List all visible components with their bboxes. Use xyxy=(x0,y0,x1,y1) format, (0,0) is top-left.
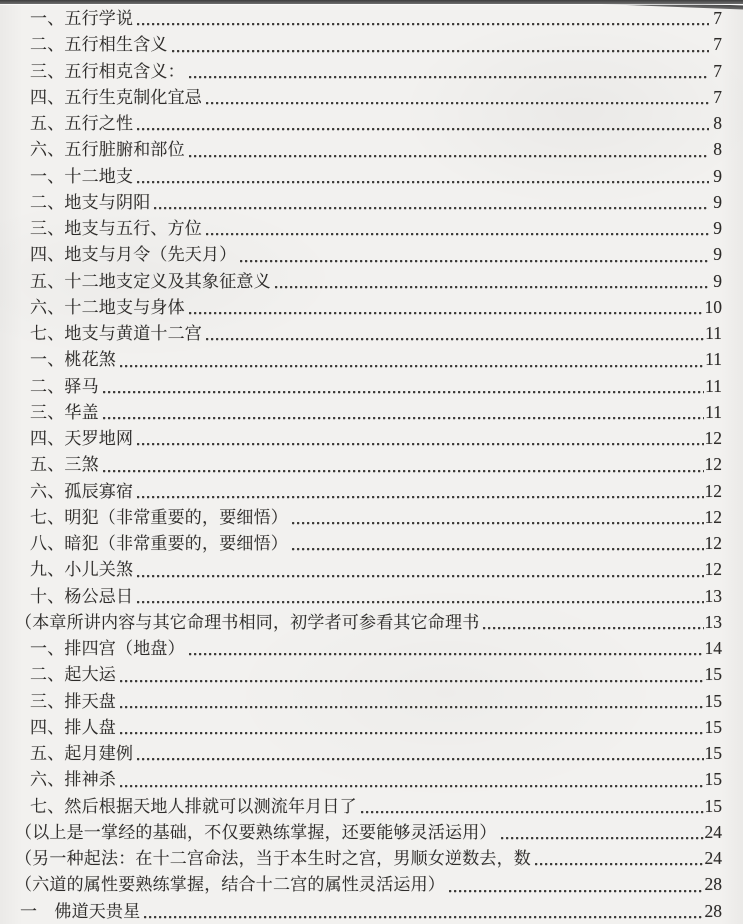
toc-entry-page: 11 xyxy=(705,320,722,346)
toc-dot-leader xyxy=(137,5,709,31)
toc-dot-leader xyxy=(103,399,704,425)
toc-entry-page: 12 xyxy=(705,530,723,556)
toc-entry-page: 7 xyxy=(710,84,722,110)
toc-entry: 四、天罗地网 12 xyxy=(30,425,722,451)
toc-entry: 五、十二地支定义及其象征意义 9 xyxy=(30,268,722,294)
toc-entry-title: 四、天罗地网 xyxy=(30,426,133,452)
toc-dot-leader xyxy=(483,609,703,635)
toc-entry-title: 三、地支与五行、方位 xyxy=(30,216,202,242)
toc-entry: 二、地支与阴阳 9 xyxy=(30,189,722,215)
toc-entry: 六、孤辰寡宿 12 xyxy=(30,478,722,504)
toc-entry-page: 10 xyxy=(705,294,723,320)
toc-entry-title: 五、五行之性 xyxy=(30,111,133,137)
toc-entry-title: 五、十二地支定义及其象征意义 xyxy=(30,269,271,295)
toc-entry-title: 十、杨公忌日 xyxy=(30,584,133,610)
toc-entry-title: 一 佛道天贵星 xyxy=(20,899,140,924)
toc-entry-title: 六、五行脏腑和部位 xyxy=(30,137,185,163)
toc-entry-title: 七、明犯（非常重要的，要细悟） xyxy=(30,505,288,531)
toc-entry: 七、明犯（非常重要的，要细悟） 12 xyxy=(30,504,722,530)
toc-entry: 一、排四宫（地盘） 14 xyxy=(30,635,722,661)
toc-list: 一、五行学说 7 二、五行相生含义 7 三、五行相克含义： 7 四、五行生克制化… xyxy=(0,5,743,924)
scan-top-edge xyxy=(0,0,743,4)
toc-dot-leader xyxy=(206,215,709,241)
toc-dot-leader xyxy=(103,451,704,477)
toc-entry: 八、暗犯（非常重要的，要细悟） 12 xyxy=(30,530,722,556)
toc-entry-page: 15 xyxy=(705,793,723,819)
toc-entry-title: 二、起大运 xyxy=(30,662,116,688)
toc-dot-leader xyxy=(189,58,709,84)
toc-entry-page: 15 xyxy=(705,740,723,766)
toc-entry-page: 24 xyxy=(705,819,723,845)
toc-entry: 二、驿马 11 xyxy=(30,373,722,399)
toc-dot-leader xyxy=(275,268,709,294)
toc-entry-page: 7 xyxy=(710,58,722,84)
toc-entry-page: 12 xyxy=(705,451,723,477)
toc-entry-title: 六、十二地支与身体 xyxy=(30,295,185,321)
toc-dot-leader xyxy=(154,189,709,215)
toc-entry: 五、五行之性 8 xyxy=(30,110,722,136)
toc-entry-page: 12 xyxy=(705,504,723,530)
toc-dot-leader xyxy=(189,294,704,320)
toc-entry: 一、十二地支 9 xyxy=(30,163,722,189)
toc-entry-page: 8 xyxy=(710,110,722,136)
toc-entry-page: 24 xyxy=(705,845,723,871)
toc-entry-page: 7 xyxy=(710,5,722,31)
toc-dot-leader xyxy=(172,31,709,57)
toc-dot-leader xyxy=(189,635,704,661)
toc-entry: 五、三煞 12 xyxy=(30,451,722,477)
toc-entry: 四、地支与月令（先天月） 9 xyxy=(30,241,722,267)
toc-dot-leader xyxy=(189,136,709,162)
toc-dot-leader xyxy=(120,661,704,687)
toc-dot-leader xyxy=(137,425,703,451)
toc-entry: 一、桃花煞 11 xyxy=(30,346,722,372)
toc-entry: （本章所讲内容与其它命理书相同，初学者可参看其它命理书 13 xyxy=(15,609,722,635)
toc-entry: 三、排天盘 15 xyxy=(30,688,722,714)
toc-entry-title: 三、排天盘 xyxy=(30,689,116,715)
toc-entry-page: 28 xyxy=(705,871,723,897)
toc-dot-leader xyxy=(137,110,709,136)
toc-entry: 六、五行脏腑和部位 8 xyxy=(30,136,722,162)
toc-entry-title: 二、五行相生含义 xyxy=(30,32,168,58)
toc-entry-page: 12 xyxy=(705,556,723,582)
toc-entry-title: 三、五行相克含义： xyxy=(30,59,185,85)
toc-entry-page: 9 xyxy=(710,241,722,267)
toc-dot-leader xyxy=(137,556,703,582)
toc-entry-page: 8 xyxy=(710,136,722,162)
toc-entry-title: 三、华盖 xyxy=(30,400,99,426)
toc-entry-page: 11 xyxy=(705,373,722,399)
scanned-toc-page: 一、五行学说 7 二、五行相生含义 7 三、五行相克含义： 7 四、五行生克制化… xyxy=(0,0,743,924)
toc-entry: 七、地支与黄道十二宫 11 xyxy=(30,320,722,346)
toc-dot-leader xyxy=(292,530,704,556)
toc-dot-leader xyxy=(361,793,704,819)
toc-dot-leader xyxy=(120,688,704,714)
toc-entry-title: 九、小儿关煞 xyxy=(30,557,133,583)
toc-entry: （以上是一掌经的基础，不仅要熟练掌握，还要能够灵活运用） 24 xyxy=(15,819,722,845)
toc-entry: （六道的属性要熟练掌握，结合十二宫的属性灵活运用） 28 xyxy=(15,871,722,897)
toc-entry-title: 四、地支与月令（先天月） xyxy=(30,242,236,268)
toc-entry: 十、杨公忌日 13 xyxy=(30,583,722,609)
toc-entry-title: 八、暗犯（非常重要的，要细悟） xyxy=(30,531,288,557)
toc-entry-page: 7 xyxy=(710,31,722,57)
toc-entry: 二、五行相生含义 7 xyxy=(30,31,722,57)
toc-dot-leader xyxy=(144,898,703,924)
toc-entry-page: 11 xyxy=(705,399,722,425)
toc-entry: 七、然后根据天地人排就可以测流年月日了 15 xyxy=(30,793,722,819)
toc-dot-leader xyxy=(240,241,709,267)
toc-entry-page: 13 xyxy=(705,583,723,609)
toc-dot-leader xyxy=(137,163,709,189)
toc-entry-title: 七、然后根据天地人排就可以测流年月日了 xyxy=(30,794,357,820)
toc-entry-title: 六、排神杀 xyxy=(30,767,116,793)
toc-entry-page: 9 xyxy=(710,215,722,241)
toc-entry: 一 佛道天贵星 28 xyxy=(20,898,722,924)
toc-entry-page: 13 xyxy=(705,609,723,635)
toc-dot-leader xyxy=(120,346,704,372)
toc-dot-leader xyxy=(535,845,704,871)
toc-dot-leader xyxy=(137,478,703,504)
toc-entry: 五、起月建例 15 xyxy=(30,740,722,766)
toc-entry-title: 六、孤辰寡宿 xyxy=(30,479,133,505)
toc-entry-title: 一、五行学说 xyxy=(30,6,133,32)
toc-entry: 一、五行学说 7 xyxy=(30,5,722,31)
toc-entry-page: 14 xyxy=(705,635,723,661)
toc-entry-title: 二、驿马 xyxy=(30,374,99,400)
toc-entry: 三、华盖 11 xyxy=(30,399,722,425)
toc-entry-title: 一、桃花煞 xyxy=(30,347,116,373)
toc-entry-page: 12 xyxy=(705,425,723,451)
toc-entry-page: 15 xyxy=(705,714,723,740)
toc-entry-title: （六道的属性要熟练掌握，结合十二宫的属性灵活运用） xyxy=(15,872,445,898)
toc-dot-leader xyxy=(120,714,704,740)
toc-entry-page: 12 xyxy=(705,478,723,504)
toc-entry-page: 15 xyxy=(705,766,723,792)
toc-entry-title: 五、起月建例 xyxy=(30,741,133,767)
toc-entry-title: 一、排四宫（地盘） xyxy=(30,636,185,662)
toc-entry-title: 二、地支与阴阳 xyxy=(30,190,150,216)
toc-dot-leader xyxy=(206,84,709,110)
toc-dot-leader xyxy=(206,320,704,346)
toc-entry: 六、排神杀 15 xyxy=(30,766,722,792)
toc-entry: 三、五行相克含义： 7 xyxy=(30,58,722,84)
toc-entry-title: 七、地支与黄道十二宫 xyxy=(30,321,202,347)
toc-dot-leader xyxy=(120,766,704,792)
toc-entry-page: 15 xyxy=(705,661,723,687)
toc-entry-title: （另一种起法：在十二宫命法，当于本生时之宫，男顺女逆数去，数 xyxy=(15,846,531,872)
toc-dot-leader xyxy=(137,583,703,609)
toc-entry-page: 28 xyxy=(705,898,723,924)
toc-entry-page: 15 xyxy=(705,688,723,714)
toc-entry-title: （以上是一掌经的基础，不仅要熟练掌握，还要能够灵活运用） xyxy=(15,820,497,846)
toc-entry-page: 11 xyxy=(705,346,722,372)
toc-entry: 四、五行生克制化宜忌 7 xyxy=(30,84,722,110)
toc-entry-title: 四、排人盘 xyxy=(30,715,116,741)
toc-dot-leader xyxy=(137,740,703,766)
toc-entry: 三、地支与五行、方位 9 xyxy=(30,215,722,241)
toc-dot-leader xyxy=(449,871,704,897)
toc-entry-title: 五、三煞 xyxy=(30,452,99,478)
toc-entry-title: 一、十二地支 xyxy=(30,164,133,190)
toc-dot-leader xyxy=(292,504,704,530)
toc-entry-page: 9 xyxy=(710,268,722,294)
toc-entry: 四、排人盘 15 xyxy=(30,714,722,740)
toc-entry: （另一种起法：在十二宫命法，当于本生时之宫，男顺女逆数去，数 24 xyxy=(15,845,722,871)
toc-dot-leader xyxy=(501,819,704,845)
toc-entry: 九、小儿关煞 12 xyxy=(30,556,722,582)
toc-dot-leader xyxy=(103,373,704,399)
toc-entry: 六、十二地支与身体 10 xyxy=(30,294,722,320)
toc-entry-page: 9 xyxy=(710,189,722,215)
toc-entry-page: 9 xyxy=(710,163,722,189)
toc-entry-title: 四、五行生克制化宜忌 xyxy=(30,85,202,111)
toc-entry: 二、起大运 15 xyxy=(30,661,722,687)
toc-entry-title: （本章所讲内容与其它命理书相同，初学者可参看其它命理书 xyxy=(15,610,479,636)
